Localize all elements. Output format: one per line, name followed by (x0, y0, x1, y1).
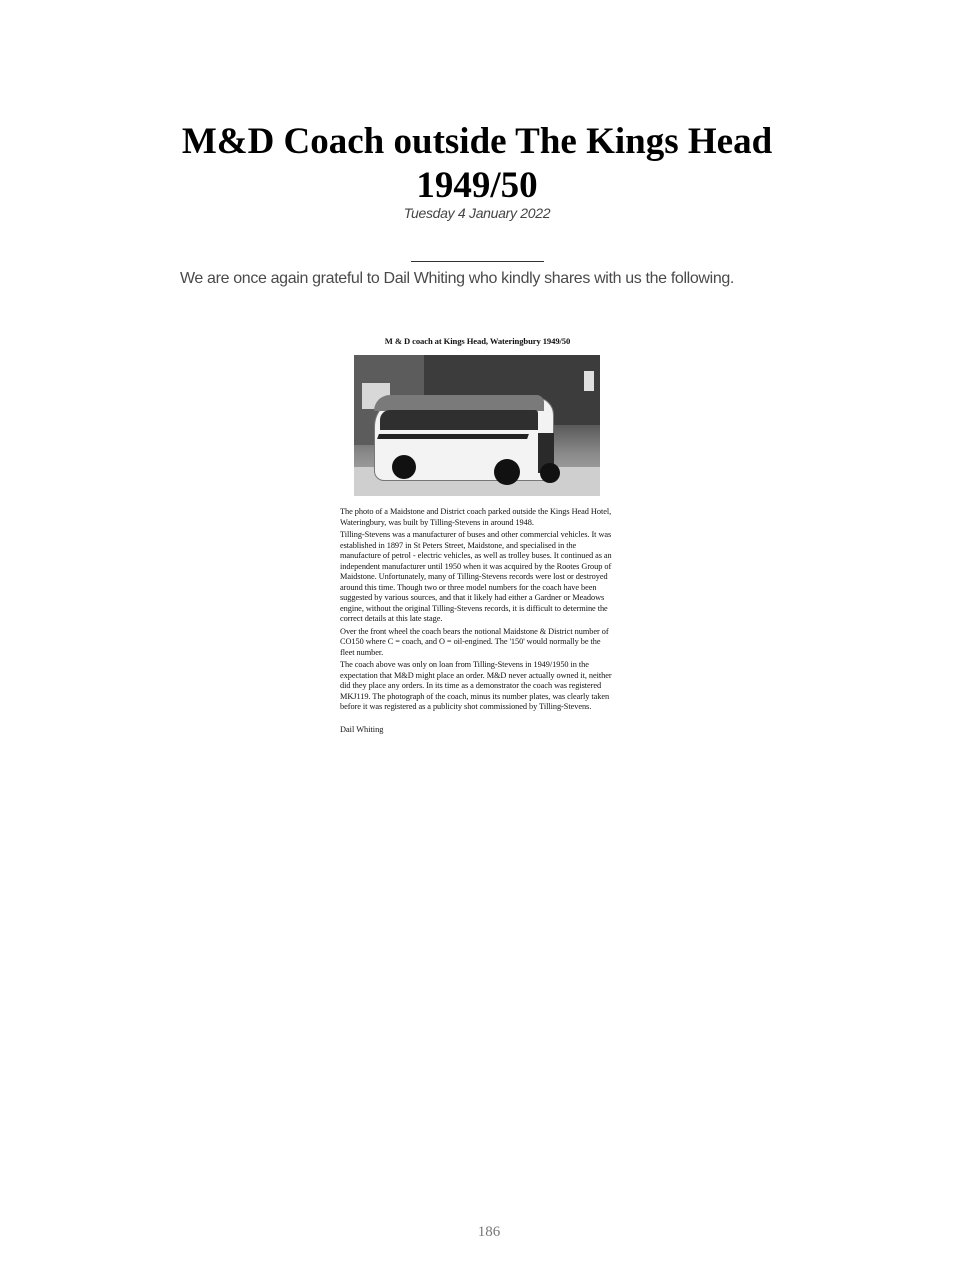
coach-photo (354, 355, 600, 496)
embedded-paragraph: Tilling-Stevens was a manufacturer of bu… (340, 530, 615, 625)
embedded-paragraph: The coach above was only on loan from Ti… (340, 660, 615, 713)
title-line-1: M&D Coach outside The Kings Head (0, 120, 954, 164)
intro-paragraph: We are once again grateful to Dail Whiti… (0, 270, 914, 288)
embedded-paragraph: The photo of a Maidstone and District co… (340, 507, 615, 528)
page-number: 186 (0, 1224, 954, 1241)
divider (411, 261, 544, 262)
title-line-2: 1949/50 (0, 164, 954, 208)
page-title: M&D Coach outside The Kings Head 1949/50 (0, 120, 954, 208)
embedded-signature: Dail Whiting (340, 725, 615, 734)
embedded-caption: M & D coach at Kings Head, Wateringbury … (340, 336, 615, 346)
embedded-document-image: M & D coach at Kings Head, Wateringbury … (340, 336, 615, 734)
embedded-body: The photo of a Maidstone and District co… (340, 507, 615, 713)
embedded-paragraph: Over the front wheel the coach bears the… (340, 627, 615, 659)
publish-date: Tuesday 4 January 2022 (0, 205, 954, 221)
